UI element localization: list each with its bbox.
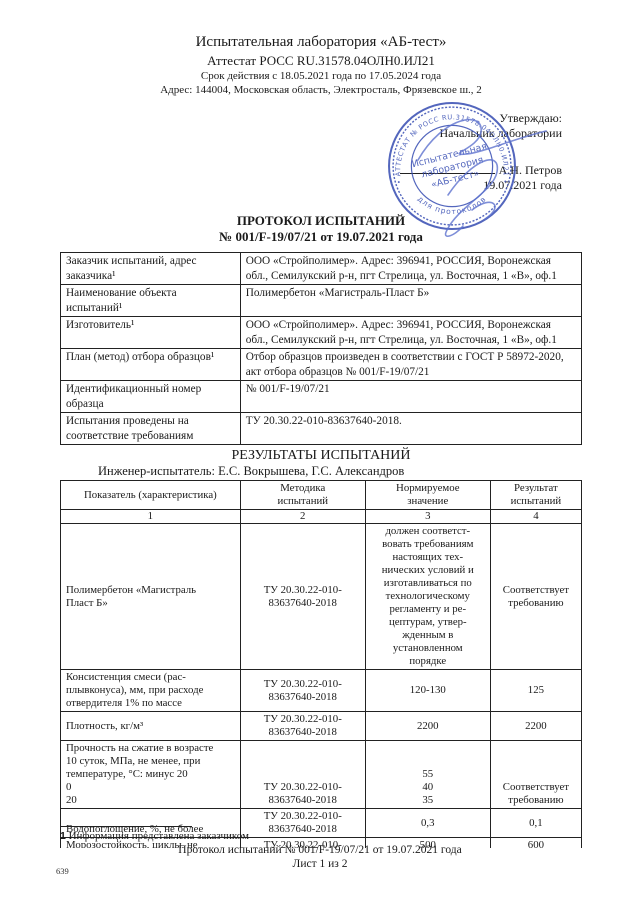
- result-cell: 125: [490, 670, 581, 712]
- norm-cell: 2200: [365, 712, 490, 741]
- table-row: План (метод) отбора образцов¹ Отбор обра…: [61, 349, 582, 381]
- approval-block: Утверждаю: Начальник лаборатории А.Н. Пе…: [60, 111, 582, 193]
- column-number: 1: [61, 510, 241, 524]
- results-table-wrap: Показатель (характеристика) Методика исп…: [60, 480, 582, 848]
- info-value: Отбор образцов произведен в соответствии…: [240, 349, 581, 381]
- footer-protocol-line: Протокол испытаний № 001/F-19/07/21 от 1…: [0, 843, 640, 857]
- document-page: Испытательная лаборатория «АБ-тест» Атте…: [0, 0, 640, 907]
- info-label: Наименование объекта испытаний¹: [61, 285, 241, 317]
- result-cell: 2200: [490, 712, 581, 741]
- info-value: ООО «Стройполимер». Адрес: 396941, РОССИ…: [240, 253, 581, 285]
- footnote-text: Информация представлена заказчиком: [69, 830, 249, 842]
- info-value: № 001/F-19/07/21: [240, 381, 581, 413]
- results-header-row: Показатель (характеристика) Методика исп…: [61, 481, 582, 510]
- document-title: ПРОТОКОЛ ИСПЫТАНИЙ № 001/F-19/07/21 от 1…: [60, 213, 582, 245]
- column-header: Показатель (характеристика): [61, 481, 241, 510]
- page-number: 639: [56, 866, 69, 876]
- info-label: Изготовитель¹: [61, 317, 241, 349]
- indicator-cell: Полимербетон «Магистраль Пласт Б»: [61, 524, 241, 670]
- validity-period: Срок действия с 18.05.2021 года по 17.05…: [60, 69, 582, 83]
- approver-title: Начальник лаборатории: [60, 126, 562, 141]
- method-cell: ТУ 20.30.22-010- 83637640-2018: [240, 670, 365, 712]
- table-row: Заказчик испытаний, адрес заказчика¹ ООО…: [61, 253, 582, 285]
- table-row: Наименование объекта испытаний¹ Полимерб…: [61, 285, 582, 317]
- indicator-cell: Плотность, кг/м³: [61, 712, 241, 741]
- column-header: Методика испытаний: [240, 481, 365, 510]
- letterhead: Испытательная лаборатория «АБ-тест» Атте…: [60, 32, 582, 97]
- footnote: 1 Информация представлена заказчиком: [60, 830, 249, 843]
- attestat-number: Аттестат РОСС RU.31578.04ОЛН0.ИЛ21: [60, 52, 582, 69]
- table-row: Полимербетон «Магистраль Пласт Б» ТУ 20.…: [61, 524, 582, 670]
- indicator-cell: Прочность на сжатие в возрасте 10 суток,…: [61, 741, 241, 809]
- column-header: Результат испытаний: [490, 481, 581, 510]
- result-cell: Соответствует требованию: [490, 524, 581, 670]
- document-title-line2: № 001/F-19/07/21 от 19.07.2021 года: [60, 229, 582, 245]
- info-label: Заказчик испытаний, адрес заказчика¹: [61, 253, 241, 285]
- info-value: ООО «Стройполимер». Адрес: 396941, РОССИ…: [240, 317, 581, 349]
- footnote-marker: 1: [60, 830, 66, 842]
- approve-date: 19.07.2021 года: [60, 178, 562, 193]
- footer-sheet-line: Лист 1 из 2: [0, 857, 640, 871]
- table-row: Испытания проведены на соответствие треб…: [61, 413, 582, 445]
- info-label: План (метод) отбора образцов¹: [61, 349, 241, 381]
- norm-cell: должен соответст- вовать требованиям нас…: [365, 524, 490, 670]
- footnote-divider: [60, 826, 192, 827]
- info-table: Заказчик испытаний, адрес заказчика¹ ООО…: [60, 252, 582, 445]
- column-header: Нормируемое значение: [365, 481, 490, 510]
- result-cell: Соответствует требованию: [490, 741, 581, 809]
- column-number-row: 1 2 3 4: [61, 510, 582, 524]
- table-row: Прочность на сжатие в возрасте 10 суток,…: [61, 741, 582, 809]
- norm-cell: 0,3: [365, 809, 490, 838]
- lab-name: Испытательная лаборатория «АБ-тест»: [60, 32, 582, 52]
- table-row: Идентификационный номер образца № 001/F-…: [61, 381, 582, 413]
- table-row: Изготовитель¹ ООО «Стройполимер». Адрес:…: [61, 317, 582, 349]
- info-label: Идентификационный номер образца: [61, 381, 241, 413]
- document-title-line1: ПРОТОКОЛ ИСПЫТАНИЙ: [60, 213, 582, 229]
- column-number: 2: [240, 510, 365, 524]
- method-cell: ТУ 20.30.22-010- 83637640-2018: [240, 809, 365, 838]
- norm-cell: 120-130: [365, 670, 490, 712]
- column-number: 4: [490, 510, 581, 524]
- approve-label: Утверждаю:: [60, 111, 562, 126]
- table-row: Плотность, кг/м³ ТУ 20.30.22-010- 836376…: [61, 712, 582, 741]
- approver-name: А.Н. Петров: [499, 163, 562, 177]
- results-table: Показатель (характеристика) Методика исп…: [60, 480, 582, 848]
- norm-cell: 55 40 35: [365, 741, 490, 809]
- lab-address: Адрес: 144004, Московская область, Элект…: [60, 83, 582, 97]
- result-cell: 0,1: [490, 809, 581, 838]
- method-cell: ТУ 20.30.22-010- 83637640-2018: [240, 712, 365, 741]
- signature-line: [400, 161, 495, 174]
- signature-row: А.Н. Петров: [60, 161, 562, 178]
- engineer-line: Инженер-испытатель: Е.С. Вокрышева, Г.С.…: [98, 464, 582, 478]
- info-value: Полимербетон «Магистраль-Пласт Б»: [240, 285, 581, 317]
- table-row: Консистенция смеси (рас- плывконуса), мм…: [61, 670, 582, 712]
- indicator-cell: Консистенция смеси (рас- плывконуса), мм…: [61, 670, 241, 712]
- method-cell: ТУ 20.30.22-010- 83637640-2018: [240, 741, 365, 809]
- info-label: Испытания проведены на соответствие треб…: [61, 413, 241, 445]
- results-section-title: РЕЗУЛЬТАТЫ ИСПЫТАНИЙ: [60, 448, 582, 463]
- method-cell: ТУ 20.30.22-010- 83637640-2018: [240, 524, 365, 670]
- info-value: ТУ 20.30.22-010-83637640-2018.: [240, 413, 581, 445]
- column-number: 3: [365, 510, 490, 524]
